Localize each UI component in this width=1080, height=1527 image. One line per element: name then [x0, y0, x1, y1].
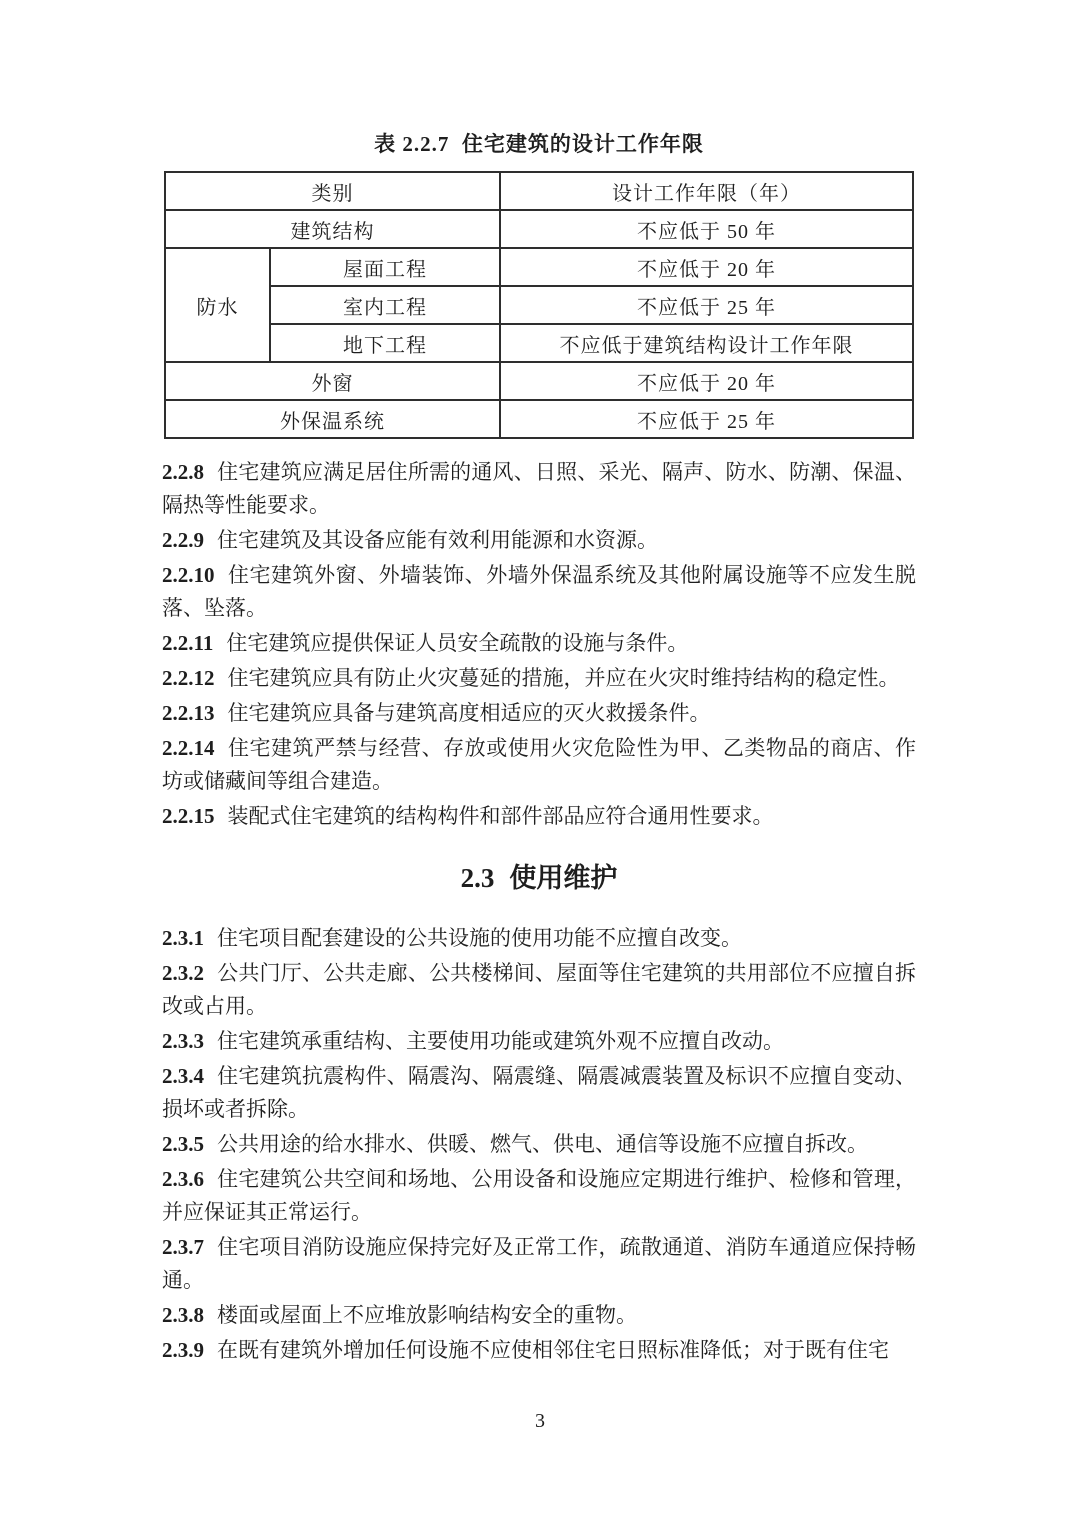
clause-2-2-12: 2.2.12住宅建筑应具有防止火灾蔓延的措施，并应在火灾时维持结构的稳定性。: [162, 662, 916, 695]
section-heading-label: 使用维护: [509, 863, 617, 893]
clause-number: 2.2.8: [162, 460, 204, 484]
value-cell: 不应低于 20 年: [500, 362, 913, 400]
clause-2-2-8: 2.2.8住宅建筑应满足居住所需的通风、日照、采光、隔声、防水、防潮、保温、隔热…: [162, 456, 916, 522]
clause-2-3-9: 2.3.9在既有建筑外增加任何设施不应使相邻住宅日照标准降低；对于既有住宅: [162, 1334, 916, 1367]
document-page: 表 2.2.7 住宅建筑的设计工作年限 类别 设计工作年限（年） 建筑结构 不应…: [0, 0, 1080, 1527]
clause-number: 2.3.1: [162, 926, 204, 950]
clause-2-3-2: 2.3.2公共门厅、公共走廊、公共楼梯间、屋面等住宅建筑的共用部位不应擅自拆改或…: [162, 957, 916, 1023]
category-cell: 外窗: [165, 362, 500, 400]
section-2-3-clauses: 2.3.1住宅项目配套建设的公共设施的使用功能不应擅自改变。 2.3.2公共门厅…: [162, 922, 916, 1367]
clause-number: 2.3.6: [162, 1167, 204, 1191]
clause-text: 住宅项目配套建设的公共设施的使用功能不应擅自改变。: [217, 926, 742, 950]
value-cell: 不应低于建筑结构设计工作年限: [500, 324, 913, 362]
clause-2-2-14: 2.2.14住宅建筑严禁与经营、存放或使用火灾危险性为甲、乙类物品的商店、作坊或…: [162, 732, 916, 798]
clause-2-3-3: 2.3.3住宅建筑承重结构、主要使用功能或建筑外观不应擅自改动。: [162, 1025, 916, 1058]
clause-text: 住宅建筑应具有防止火灾蔓延的措施，并应在火灾时维持结构的稳定性。: [228, 666, 900, 690]
header-value-cell: 设计工作年限（年）: [500, 172, 913, 210]
clause-number: 2.2.15: [162, 804, 215, 828]
header-category-cell: 类别: [165, 172, 500, 210]
category-cell: 外保温系统: [165, 400, 500, 438]
clause-2-3-7: 2.3.7住宅项目消防设施应保持完好及正常工作，疏散通道、消防车通道应保持畅通。: [162, 1231, 916, 1297]
clause-2-3-8: 2.3.8楼面或屋面上不应堆放影响结构安全的重物。: [162, 1299, 916, 1332]
clause-2-2-11: 2.2.11住宅建筑应提供保证人员安全疏散的设施与条件。: [162, 627, 916, 660]
clause-text: 住宅建筑应满足居住所需的通风、日照、采光、隔声、防水、防潮、保温、隔热等性能要求…: [162, 460, 916, 517]
subcategory-cell: 地下工程: [270, 324, 500, 362]
clause-2-2-15: 2.2.15装配式住宅建筑的结构构件和部件部品应符合通用性要求。: [162, 800, 916, 833]
clause-number: 2.2.11: [162, 631, 213, 655]
clause-number: 2.3.7: [162, 1235, 204, 1259]
clause-text: 住宅建筑外窗、外墙装饰、外墙外保温系统及其他附属设施等不应发生脱落、坠落。: [162, 563, 916, 620]
clause-text: 住宅项目消防设施应保持完好及正常工作，疏散通道、消防车通道应保持畅通。: [162, 1235, 916, 1292]
section-2-3-heading: 2.3使用维护: [162, 856, 916, 895]
clause-text: 在既有建筑外增加任何设施不应使相邻住宅日照标准降低；对于既有住宅: [217, 1338, 889, 1362]
clause-number: 2.3.3: [162, 1029, 204, 1053]
table-row: 外窗 不应低于 20 年: [165, 362, 913, 400]
table-row: 地下工程 不应低于建筑结构设计工作年限: [165, 324, 913, 362]
clause-2-3-6: 2.3.6住宅建筑公共空间和场地、公用设备和设施应定期进行维护、检修和管理，并应…: [162, 1163, 916, 1229]
table-header-row: 类别 设计工作年限（年）: [165, 172, 913, 210]
clause-text: 住宅建筑承重结构、主要使用功能或建筑外观不应擅自改动。: [217, 1029, 784, 1053]
clause-text: 楼面或屋面上不应堆放影响结构安全的重物。: [217, 1303, 637, 1327]
page-content: 表 2.2.7 住宅建筑的设计工作年限 类别 设计工作年限（年） 建筑结构 不应…: [162, 128, 916, 1369]
subcategory-cell: 室内工程: [270, 286, 500, 324]
subcategory-cell: 屋面工程: [270, 248, 500, 286]
clause-2-2-9: 2.2.9住宅建筑及其设备应能有效利用能源和水资源。: [162, 524, 916, 557]
clause-number: 2.3.8: [162, 1303, 204, 1327]
clause-text: 住宅建筑公共空间和场地、公用设备和设施应定期进行维护、检修和管理，并应保证其正常…: [162, 1167, 916, 1224]
table-title: 表 2.2.7 住宅建筑的设计工作年限: [162, 128, 916, 158]
clause-number: 2.3.2: [162, 961, 204, 985]
clause-text: 住宅建筑应具备与建筑高度相适应的灭火救援条件。: [228, 701, 711, 725]
clause-text: 住宅建筑严禁与经营、存放或使用火灾危险性为甲、乙类物品的商店、作坊或储藏间等组合…: [162, 736, 916, 793]
value-cell: 不应低于 25 年: [500, 400, 913, 438]
section-2-2-clauses: 2.2.8住宅建筑应满足居住所需的通风、日照、采光、隔声、防水、防潮、保温、隔热…: [162, 456, 916, 833]
clause-2-2-13: 2.2.13住宅建筑应具备与建筑高度相适应的灭火救援条件。: [162, 697, 916, 730]
clause-number: 2.3.9: [162, 1338, 204, 1362]
value-cell: 不应低于 25 年: [500, 286, 913, 324]
clause-number: 2.2.14: [162, 736, 215, 760]
value-cell: 不应低于 50 年: [500, 210, 913, 248]
clause-number: 2.2.13: [162, 701, 215, 725]
clause-text: 公共用途的给水排水、供暖、燃气、供电、通信等设施不应擅自拆改。: [217, 1132, 868, 1156]
table-row: 室内工程 不应低于 25 年: [165, 286, 913, 324]
clause-2-3-4: 2.3.4住宅建筑抗震构件、隔震沟、隔震缝、隔震减震装置及标识不应擅自变动、损坏…: [162, 1060, 916, 1126]
table-row: 防水 屋面工程 不应低于 20 年: [165, 248, 913, 286]
clause-2-3-5: 2.3.5公共用途的给水排水、供暖、燃气、供电、通信等设施不应擅自拆改。: [162, 1128, 916, 1161]
clause-text: 住宅建筑抗震构件、隔震沟、隔震缝、隔震减震装置及标识不应擅自变动、损坏或者拆除。: [162, 1064, 916, 1121]
clause-number: 2.3.4: [162, 1064, 204, 1088]
section-heading-number: 2.3: [461, 863, 495, 893]
clause-2-2-10: 2.2.10住宅建筑外窗、外墙装饰、外墙外保温系统及其他附属设施等不应发生脱落、…: [162, 559, 916, 625]
clause-text: 住宅建筑应提供保证人员安全疏散的设施与条件。: [226, 631, 688, 655]
clause-text: 公共门厅、公共走廊、公共楼梯间、屋面等住宅建筑的共用部位不应擅自拆改或占用。: [162, 961, 916, 1018]
table-row: 建筑结构 不应低于 50 年: [165, 210, 913, 248]
clause-number: 2.3.5: [162, 1132, 204, 1156]
clause-2-3-1: 2.3.1住宅项目配套建设的公共设施的使用功能不应擅自改变。: [162, 922, 916, 955]
clause-text: 住宅建筑及其设备应能有效利用能源和水资源。: [217, 528, 658, 552]
table-row: 外保温系统 不应低于 25 年: [165, 400, 913, 438]
value-cell: 不应低于 20 年: [500, 248, 913, 286]
clause-text: 装配式住宅建筑的结构构件和部件部品应符合通用性要求。: [228, 804, 774, 828]
clause-number: 2.2.10: [162, 563, 215, 587]
waterproof-group-cell: 防水: [165, 248, 270, 362]
page-number: 3: [0, 1410, 1080, 1433]
clause-number: 2.2.9: [162, 528, 204, 552]
design-working-life-table: 类别 设计工作年限（年） 建筑结构 不应低于 50 年 防水 屋面工程 不应低于…: [164, 171, 914, 439]
category-cell: 建筑结构: [165, 210, 500, 248]
clause-number: 2.2.12: [162, 666, 215, 690]
